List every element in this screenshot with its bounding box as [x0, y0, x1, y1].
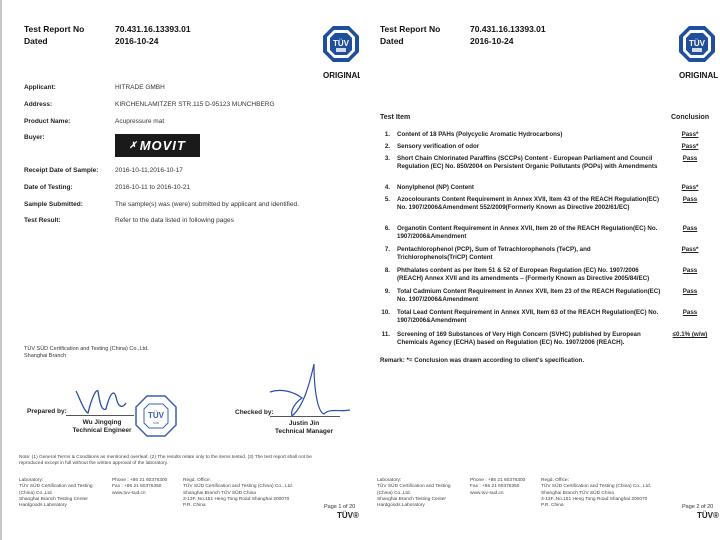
item-number: 8. [378, 267, 390, 275]
item-conclusion: Pass* [670, 184, 710, 192]
footer-office: Regd. Office:TÜV SÜD Certification and T… [183, 478, 293, 509]
item-conclusion: Pass* [670, 246, 710, 254]
report-no-label: Test Report No [380, 24, 440, 34]
item-conclusion: Pass [670, 267, 710, 275]
dated-label: Dated [24, 36, 48, 46]
checked-title: Technical Manager [264, 428, 344, 436]
tuv-mark: TÜV® [337, 511, 359, 520]
item-number: 11. [378, 331, 390, 339]
item-number: 1. [378, 131, 390, 139]
address-label: Address: [24, 101, 52, 108]
item-conclusion: Pass [670, 225, 710, 233]
original-label: ORIGINAL [323, 71, 362, 80]
item-number: 6. [378, 225, 390, 233]
svg-text:TÜV: TÜV [333, 39, 350, 48]
item-text: Azocolourants Content Requirement in Ann… [397, 196, 662, 212]
item-number: 5. [378, 196, 390, 204]
item-conclusion: Pass* [670, 131, 710, 139]
company-branch: Shanghai Branch [24, 353, 66, 360]
checked-name: Justin Jin [264, 420, 344, 428]
item-text: Phthalates content as per Item 51 & 52 o… [397, 267, 662, 283]
svg-text:TÜV: TÜV [689, 39, 706, 48]
report-page-2: Test Report No 70.431.16.13393.01 Dated … [360, 0, 720, 540]
prepared-name: Wu Jingqing [62, 419, 142, 427]
test-result-value: Refer to the data listed in following pa… [115, 217, 234, 224]
applicant-value: HITRADE GMBH [115, 84, 165, 91]
dated-value: 2016-10-24 [470, 36, 513, 46]
page-number: Page 2 of 20 [682, 504, 713, 510]
buyer-logo: ✗ MOVIT [115, 134, 200, 157]
item-conclusion: Pass [670, 288, 710, 296]
testing-date-value: 2016-10-11 to 2016-10-21 [115, 184, 190, 191]
address-value: KIRCHENLAMITZER STR.115 D-95123 MUNCHBER… [115, 101, 275, 108]
item-conclusion: ≤0.1% (w/w) [670, 331, 710, 339]
prepared-title: Technical Engineer [62, 427, 142, 435]
report-no-label: Test Report No [24, 24, 84, 34]
signature-wu-icon [74, 385, 134, 417]
item-conclusion: Pass [670, 155, 710, 163]
footer-contact: Phone : +86 21 60376300Fax : +86 21 6037… [470, 478, 525, 497]
test-result-label: Test Result: [24, 217, 61, 224]
item-text: Organotin Content Requirement in Annex X… [397, 225, 662, 241]
runner-icon: ✗ [129, 140, 138, 151]
svg-text:TÜV: TÜV [148, 411, 165, 420]
receipt-date-value: 2016-10-11,2016-10-17 [115, 167, 183, 174]
item-conclusion: Pass* [670, 143, 710, 151]
dated-label: Dated [380, 36, 404, 46]
report-no: 70.431.16.13393.01 [470, 24, 546, 34]
sample-submitted-value: The sample(s) was (were) submitted by ap… [115, 201, 299, 208]
item-number: 2. [378, 143, 390, 151]
tuv-logo-icon: TÜV [322, 25, 360, 63]
item-text: Screening of 169 Substances of Very High… [397, 331, 662, 347]
report-no: 70.431.16.13393.01 [115, 24, 191, 34]
tuv-mark: TÜV® [697, 511, 719, 520]
receipt-date-label: Receipt Date of Sample: [24, 167, 98, 174]
buyer-label: Buyer: [24, 134, 45, 141]
footer-contact: Phone : +86 21 60376300Fax : +86 21 6037… [112, 478, 167, 497]
column-test-item: Test Item [380, 114, 410, 121]
original-label: ORIGINAL [679, 71, 718, 80]
item-number: 4. [378, 184, 390, 192]
item-text: Pentachlorophenol (PCP), Sum of Tetrachl… [397, 246, 662, 262]
item-number: 3. [378, 155, 390, 163]
svg-text:SÜD: SÜD [153, 421, 160, 425]
dated-value: 2016-10-24 [115, 36, 158, 46]
item-number: 9. [378, 288, 390, 296]
column-conclusion: Conclusion [671, 114, 709, 121]
sample-submitted-label: Sample Submitted: [24, 201, 83, 208]
item-text: Total Cadmium Content Requirement in Ann… [397, 288, 662, 304]
prepared-by-label: Prepared by: [27, 408, 67, 415]
item-text: Content of 18 PAHs (Polycyclic Aromatic … [397, 131, 662, 139]
item-text: Sensory verification of odor [397, 143, 662, 151]
product-name-label: Product Name: [24, 118, 70, 125]
tuv-logo-icon: TÜV [678, 25, 716, 63]
item-text: Total Lead Content Requirement in Annex … [397, 309, 662, 325]
note-line-2: reproduced except in full without the wr… [19, 461, 168, 467]
item-text: Nonylphenol (NP) Content [397, 184, 662, 192]
applicant-label: Applicant: [24, 84, 56, 91]
footer-lab: Laboratory:TÜV SÜD Certification and Tes… [377, 478, 451, 509]
testing-date-label: Date of Testing: [24, 184, 73, 191]
footer-office: Regd. Office:TÜV SÜD Certification and T… [541, 478, 651, 509]
page-number: Page 1 of 20 [324, 504, 355, 510]
remark: Remark: *= Conclusion was drawn accordin… [380, 357, 584, 364]
item-number: 7. [378, 246, 390, 254]
company-name: TÜV SÜD Certification and Testing (China… [24, 346, 149, 353]
item-conclusion: Pass [670, 309, 710, 317]
item-text: Short Chain Chlorinated Paraffins (SCCPs… [397, 155, 662, 171]
item-conclusion: Pass [670, 196, 710, 204]
report-page-1: Test Report No 70.431.16.13393.01 Dated … [0, 0, 360, 540]
footer-lab: Laboratory:TÜV SÜD Certification and Tes… [19, 478, 93, 509]
item-number: 10. [378, 309, 390, 317]
product-name-value: Acupressure mat [115, 118, 164, 125]
